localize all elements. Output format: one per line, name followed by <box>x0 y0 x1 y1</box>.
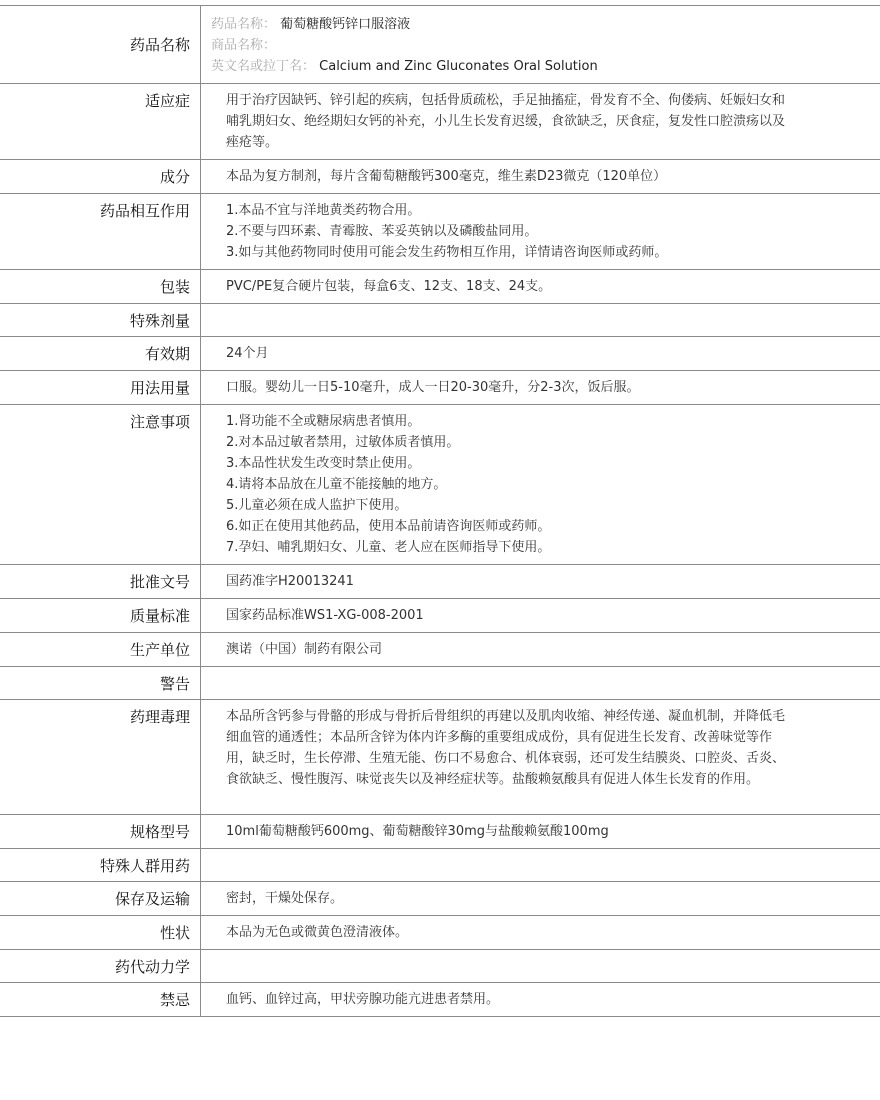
row-interactions: 药品相互作用 1.本品不宜与洋地黄类药物合用。 2.不要与四环素、青霉胺、苯妥英… <box>0 194 880 270</box>
drug-name-values: 药品名称： 葡萄糖酸钙锌口服溶液 商品名称： 英文名或拉丁名： Calcium … <box>201 6 880 84</box>
generic-name-value: 葡萄糖酸钙锌口服溶液 <box>280 17 410 32</box>
row-storage: 保存及运输 密封，干燥处保存。 <box>0 882 880 916</box>
row-label: 用法用量 <box>0 371 201 405</box>
row-label: 质量标准 <box>0 599 201 633</box>
row-label: 药品相互作用 <box>0 194 201 270</box>
trade-name-key: 商品名称： <box>211 38 276 53</box>
row-value: 24个月 <box>201 337 880 371</box>
row-indications: 适应症 用于治疗因缺钙、锌引起的疾病，包括骨质疏松，手足抽搐症，骨发育不全、佝偻… <box>0 84 880 160</box>
list-item: 2.对本品过敏者禁用，过敏体质者慎用。 <box>226 432 785 453</box>
row-appearance: 性状 本品为无色或微黄色澄清液体。 <box>0 916 880 950</box>
list-item: 6.如正在使用其他药品，使用本品前请咨询医师或药师。 <box>226 516 785 537</box>
row-precautions: 注意事项 1.肾功能不全或糖尿病患者慎用。 2.对本品过敏者禁用，过敏体质者慎用… <box>0 405 880 565</box>
row-drug-name: 药品名称 药品名称： 葡萄糖酸钙锌口服溶液 商品名称： 英文名或拉丁名： Cal… <box>0 6 880 84</box>
row-label: 适应症 <box>0 84 201 160</box>
list-item: 1.本品不宜与洋地黄类药物合用。 <box>226 200 785 221</box>
generic-name-line: 药品名称： 葡萄糖酸钙锌口服溶液 <box>211 14 785 35</box>
row-value: 本品为无色或微黄色澄清液体。 <box>201 916 880 950</box>
drug-spec-table: 药品名称 药品名称： 葡萄糖酸钙锌口服溶液 商品名称： 英文名或拉丁名： Cal… <box>0 5 880 1017</box>
row-label: 有效期 <box>0 337 201 371</box>
list-item: 4.请将本品放在儿童不能接触的地方。 <box>226 474 785 495</box>
row-value: 1.肾功能不全或糖尿病患者慎用。 2.对本品过敏者禁用，过敏体质者慎用。 3.本… <box>201 405 880 565</box>
row-special-populations: 特殊人群用药 <box>0 849 880 882</box>
row-label: 药代动力学 <box>0 950 201 983</box>
row-warning: 警告 <box>0 667 880 700</box>
trade-name-line: 商品名称： <box>211 35 785 56</box>
row-ingredients: 成分 本品为复方制剂，每片含葡萄糖酸钙300毫克，维生素D23微克（120单位） <box>0 160 880 194</box>
row-value <box>201 849 880 882</box>
row-packaging: 包装 PVC/PE复合硬片包装，每盒6支、12支、18支、24支。 <box>0 270 880 304</box>
row-quality-standard: 质量标准 国家药品标准WS1-XG-008-2001 <box>0 599 880 633</box>
list-item: 5.儿童必须在成人监护下使用。 <box>226 495 785 516</box>
row-label: 禁忌 <box>0 983 201 1017</box>
row-value: 澳诺（中国）制药有限公司 <box>201 633 880 667</box>
row-value: 用于治疗因缺钙、锌引起的疾病，包括骨质疏松，手足抽搐症，骨发育不全、佝偻病、妊娠… <box>201 84 880 160</box>
row-label: 警告 <box>0 667 201 700</box>
list-item: 2.不要与四环素、青霉胺、苯妥英钠以及磷酸盐同用。 <box>226 221 785 242</box>
english-name-line: 英文名或拉丁名： Calcium and Zinc Gluconates Ora… <box>211 56 785 77</box>
row-label: 特殊人群用药 <box>0 849 201 882</box>
row-label: 特殊剂量 <box>0 304 201 337</box>
row-label: 包装 <box>0 270 201 304</box>
row-special-dosage: 特殊剂量 <box>0 304 880 337</box>
list-item: 7.孕妇、哺乳期妇女、儿童、老人应在医师指导下使用。 <box>226 537 785 558</box>
list-item: 1.肾功能不全或糖尿病患者慎用。 <box>226 411 785 432</box>
row-specification: 规格型号 10ml葡萄糖酸钙600mg、葡萄糖酸锌30mg与盐酸赖氨酸100mg <box>0 815 880 849</box>
row-label: 成分 <box>0 160 201 194</box>
row-value: 本品为复方制剂，每片含葡萄糖酸钙300毫克，维生素D23微克（120单位） <box>201 160 880 194</box>
row-value: PVC/PE复合硬片包装，每盒6支、12支、18支、24支。 <box>201 270 880 304</box>
row-value: 国药准字H20013241 <box>201 565 880 599</box>
row-shelf-life: 有效期 24个月 <box>0 337 880 371</box>
row-approval-number: 批准文号 国药准字H20013241 <box>0 565 880 599</box>
row-label: 药品名称 <box>0 6 201 84</box>
list-item: 3.如与其他药物同时使用可能会发生药物相互作用，详情请咨询医师或药师。 <box>226 242 785 263</box>
row-pharmacokinetics: 药代动力学 <box>0 950 880 983</box>
row-contraindications: 禁忌 血钙、血锌过高，甲状旁腺功能亢进患者禁用。 <box>0 983 880 1017</box>
row-label: 注意事项 <box>0 405 201 565</box>
row-value: 血钙、血锌过高，甲状旁腺功能亢进患者禁用。 <box>201 983 880 1017</box>
row-pharmacology: 药理毒理 本品所含钙参与骨骼的形成与骨折后骨组织的再建以及肌肉收缩、神经传递、凝… <box>0 700 880 815</box>
row-value: 1.本品不宜与洋地黄类药物合用。 2.不要与四环素、青霉胺、苯妥英钠以及磷酸盐同… <box>201 194 880 270</box>
english-name-key: 英文名或拉丁名： <box>211 59 315 74</box>
generic-name-key: 药品名称： <box>211 17 276 32</box>
row-manufacturer: 生产单位 澳诺（中国）制药有限公司 <box>0 633 880 667</box>
row-value <box>201 667 880 700</box>
row-value: 国家药品标准WS1-XG-008-2001 <box>201 599 880 633</box>
row-dosage: 用法用量 口服。婴幼儿一日5-10毫升，成人一日20-30毫升，分2-3次，饭后… <box>0 371 880 405</box>
row-value: 密封，干燥处保存。 <box>201 882 880 916</box>
row-value: 10ml葡萄糖酸钙600mg、葡萄糖酸锌30mg与盐酸赖氨酸100mg <box>201 815 880 849</box>
row-label: 保存及运输 <box>0 882 201 916</box>
english-name-value: Calcium and Zinc Gluconates Oral Solutio… <box>319 59 598 74</box>
row-value: 口服。婴幼儿一日5-10毫升，成人一日20-30毫升，分2-3次，饭后服。 <box>201 371 880 405</box>
row-label: 生产单位 <box>0 633 201 667</box>
row-label: 性状 <box>0 916 201 950</box>
row-label: 药理毒理 <box>0 700 201 815</box>
row-value <box>201 304 880 337</box>
row-label: 批准文号 <box>0 565 201 599</box>
list-item: 3.本品性状发生改变时禁止使用。 <box>226 453 785 474</box>
row-value <box>201 950 880 983</box>
row-label: 规格型号 <box>0 815 201 849</box>
row-value: 本品所含钙参与骨骼的形成与骨折后骨组织的再建以及肌肉收缩、神经传递、凝血机制，并… <box>201 700 880 815</box>
